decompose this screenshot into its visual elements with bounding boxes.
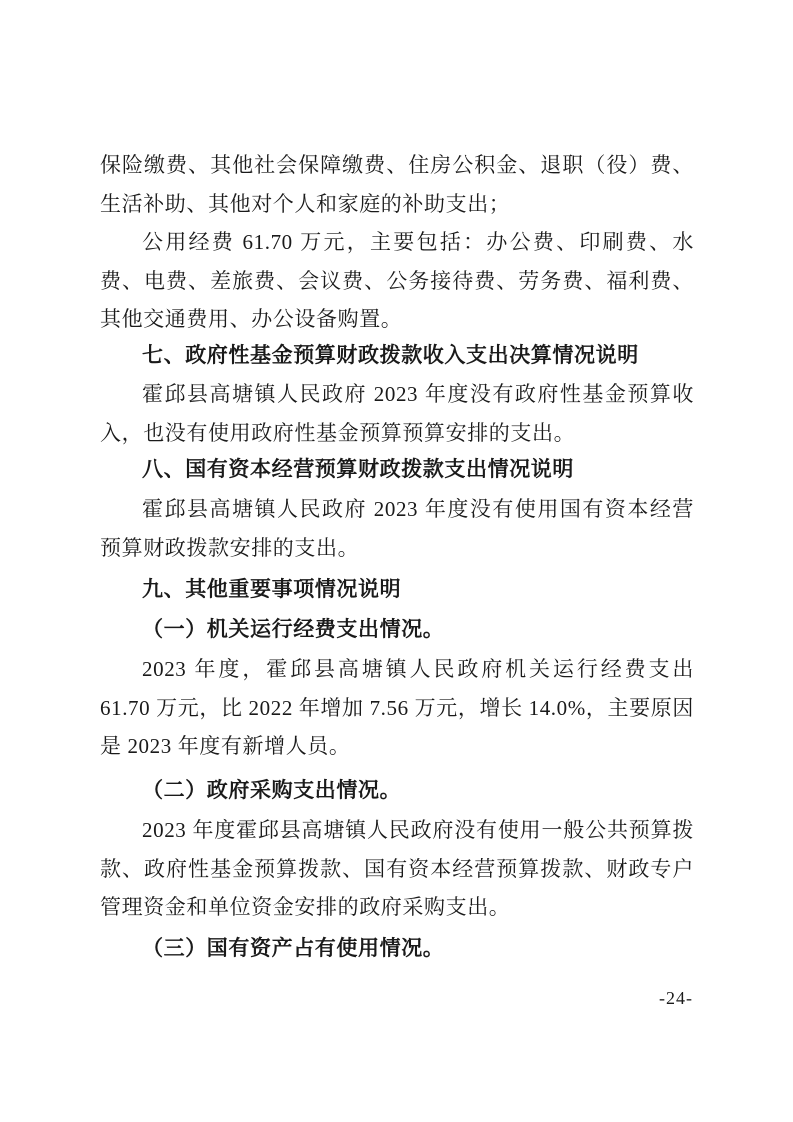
subheading-9-2: （二）政府采购支出情况。 [100,772,694,811]
document-page: 保险缴费、其他社会保障缴费、住房公积金、退职（役）费、生活补助、其他对个人和家庭… [0,0,793,1122]
para-section-8-body: 霍邱县高塘镇人民政府 2023 年度没有使用国有资本经营预算财政拨款安排的支出。 [100,490,694,567]
heading-section-7: 七、政府性基金预算财政拨款收入支出决算情况说明 [100,337,694,376]
para-section-7-body: 霍邱县高塘镇人民政府 2023 年度没有政府性基金预算收入，也没有使用政府性基金… [100,375,694,452]
para-public-funds: 公用经费 61.70 万元，主要包括：办公费、印刷费、水费、电费、差旅费、会议费… [100,223,694,339]
page-number: -24- [659,988,693,1009]
heading-section-8: 八、国有资本经营预算财政拨款支出情况说明 [100,451,694,490]
subheading-9-3: （三）国有资产占有使用情况。 [100,930,694,969]
para-9-2-body: 2023 年度霍邱县高塘镇人民政府没有使用一般公共预算拨款、政府性基金预算拨款、… [100,811,694,927]
heading-section-9: 九、其他重要事项情况说明 [100,571,694,610]
subheading-9-1: （一）机关运行经费支出情况。 [100,611,694,650]
para-9-1-body: 2023 年度，霍邱县高塘镇人民政府机关运行经费支出 61.70 万元，比 20… [100,650,694,766]
para-personnel-subsidy-continued: 保险缴费、其他社会保障缴费、住房公积金、退职（役）费、生活补助、其他对个人和家庭… [100,146,694,223]
